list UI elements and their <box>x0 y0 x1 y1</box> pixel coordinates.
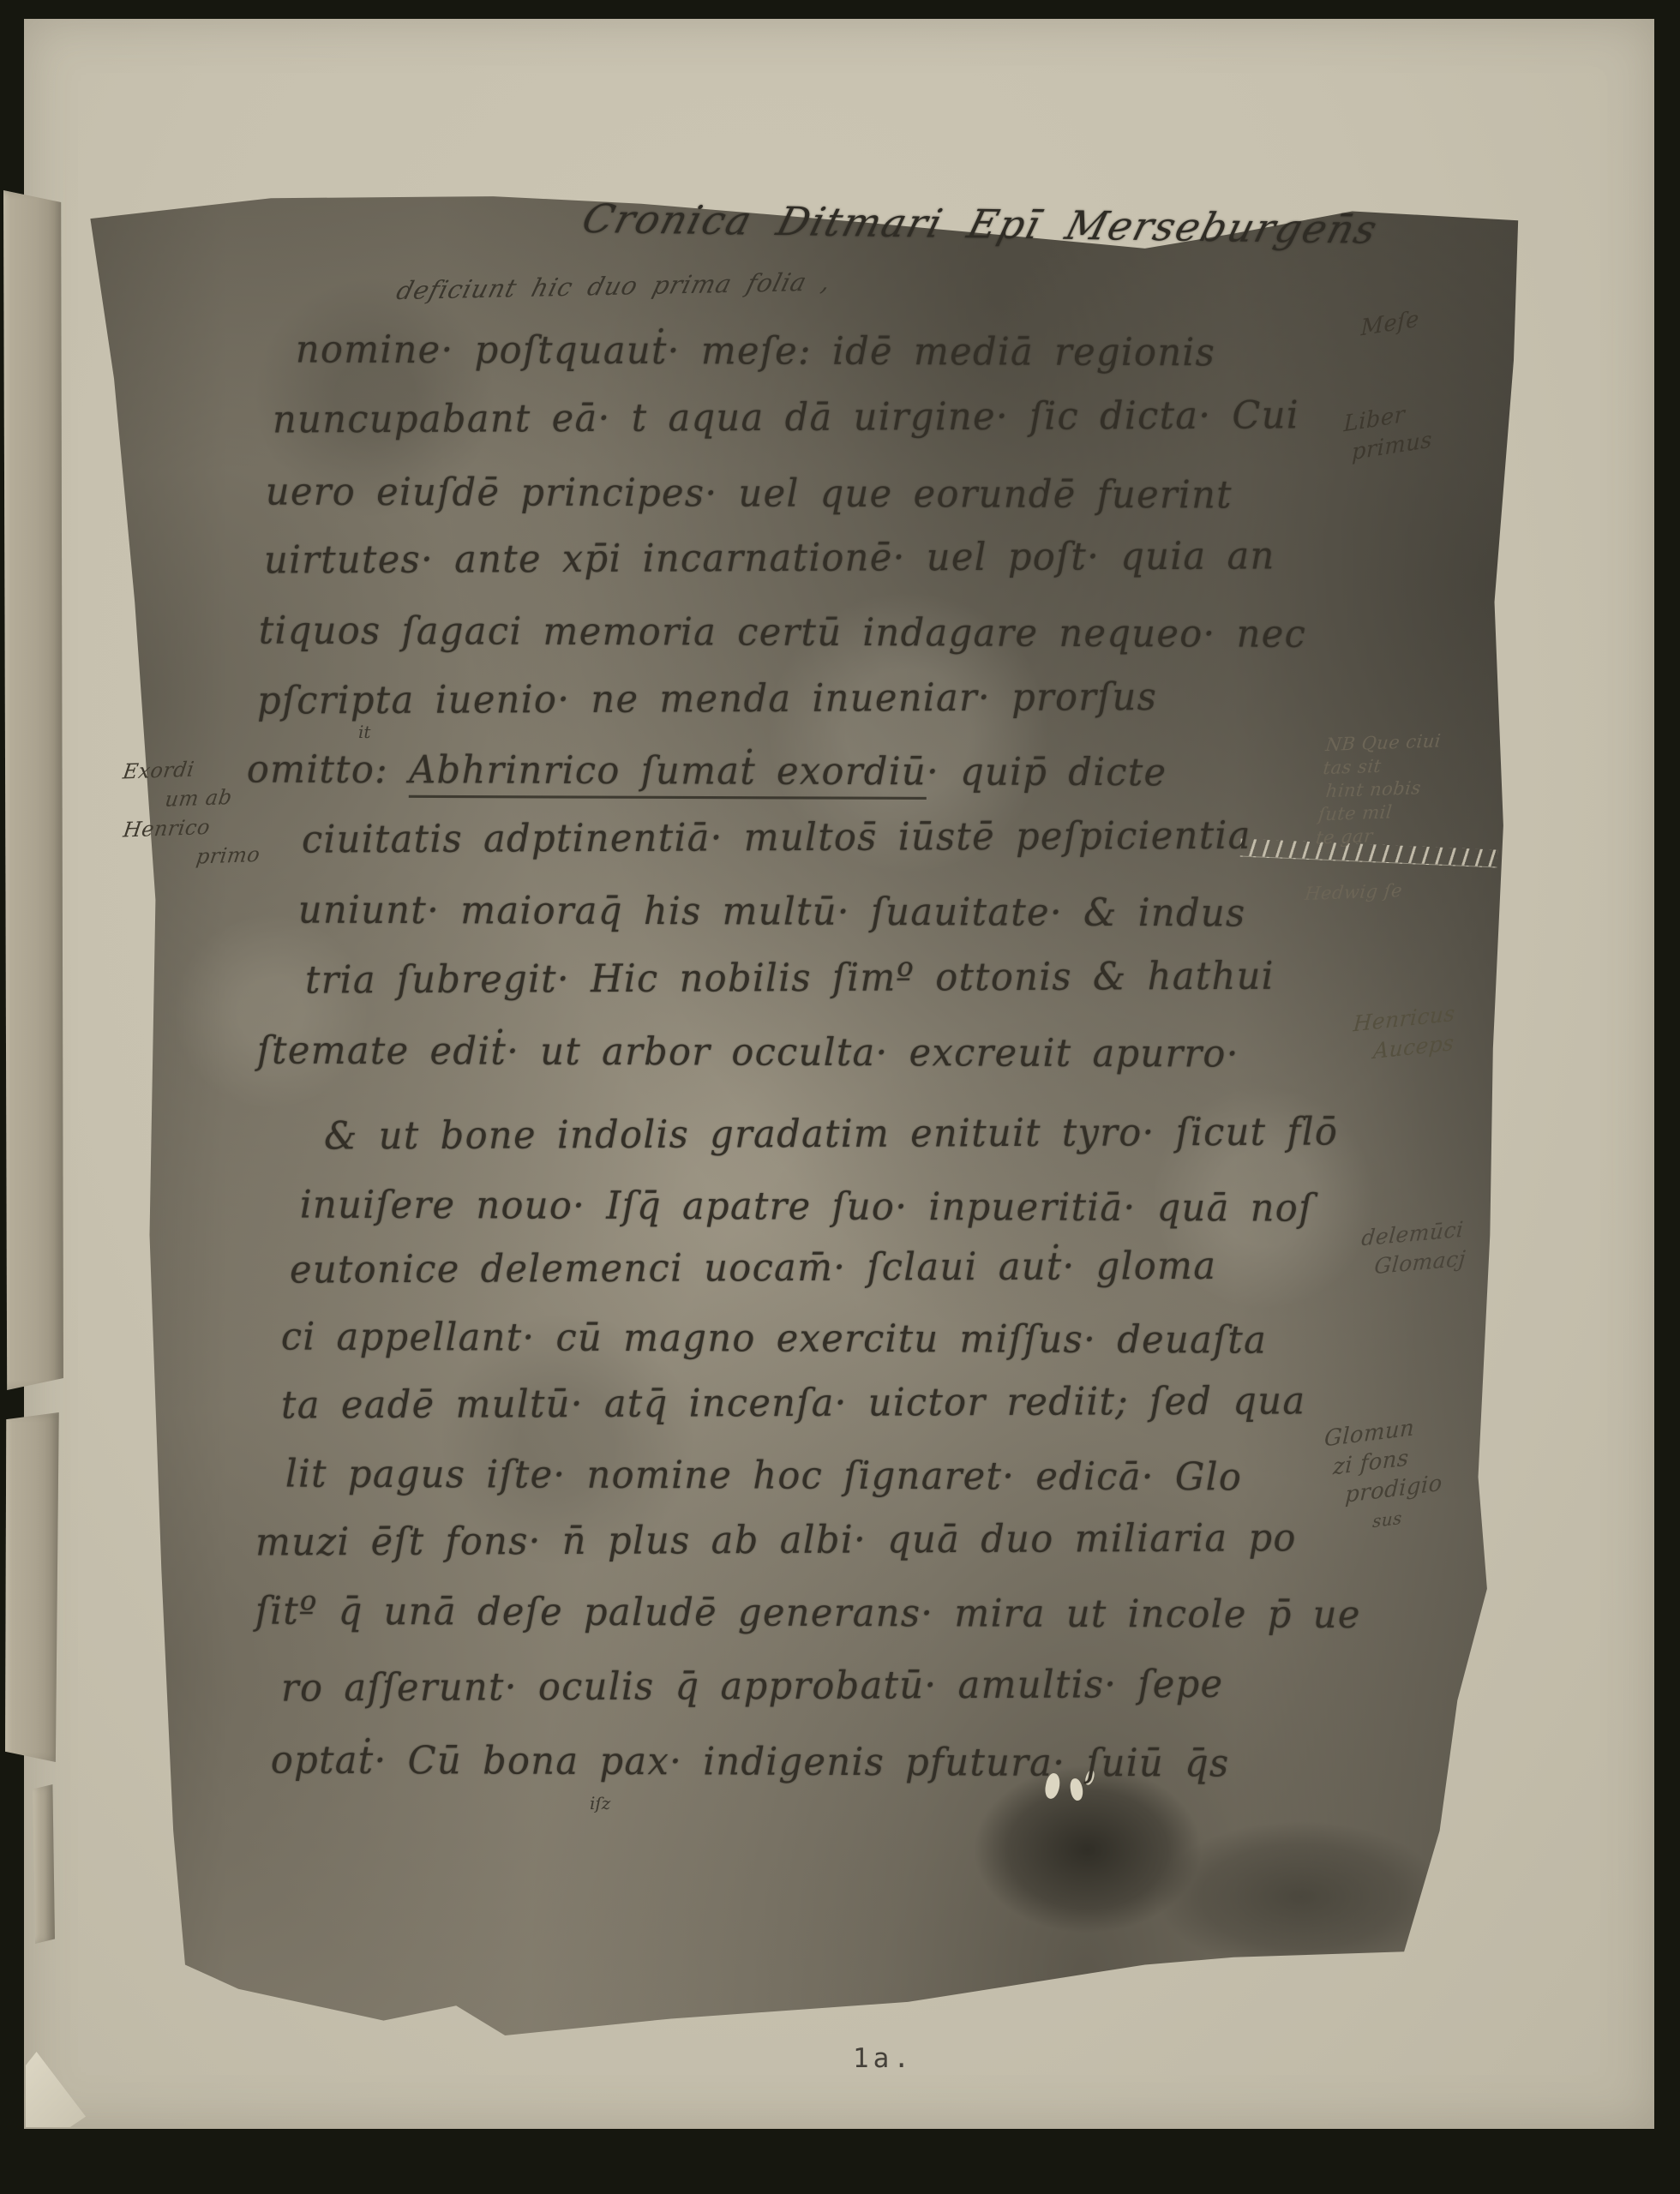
manuscript-line: nuncupabant eā· t aqua dā uirgine· ſic d… <box>273 393 1299 442</box>
margin-note-line: primo <box>195 840 262 872</box>
manuscript-line: inuiſere nouo· Iſq̄ apatre ſuo· inpuerit… <box>300 1183 1314 1231</box>
margin-note-line: te gar <box>1315 823 1432 850</box>
margin-note-delemenci: delemūci Glomacj <box>1358 1214 1469 1283</box>
margin-note-henricus-auceps: Henricus Auceps <box>1350 998 1457 1069</box>
binding-tape-strip <box>3 190 63 1390</box>
manuscript-line: uirtutes· ante xp̄i incarnationē· uel po… <box>264 534 1275 583</box>
line-segment: · quip̄ dicte <box>927 750 1167 795</box>
interlinear-correction: iſz <box>590 1793 610 1813</box>
binding-tape-strip <box>5 1412 60 1762</box>
manuscript-line: & ut bone indolis gradatim enituit tyro·… <box>324 1110 1338 1159</box>
manuscript-line: ſitº q̄ unā deſe paludē generans· mira u… <box>255 1589 1361 1638</box>
binding-tape-fragment <box>33 1784 55 1944</box>
manuscript-line: ciuitatis adptinentiā· multos̄ iūstē peſ… <box>302 813 1251 862</box>
manuscript-line: pſcripta iuenio· ne menda inueniar· pror… <box>257 674 1157 723</box>
margin-note-glomuzi: Glomun zi fons prodigio sus <box>1319 1410 1446 1543</box>
manuscript-line: optaṫ· Cū bona pax· indigenis pfutura· ſ… <box>271 1738 1230 1786</box>
margin-note-line: Hedwig ſe <box>1304 878 1426 906</box>
manuscript-line: lit pagus iſte· nomine hoc ſignaret· edi… <box>285 1452 1242 1500</box>
margin-note-exordium: Exordi um ab Henrico primo <box>93 752 274 874</box>
interlinear-correction: it <box>358 722 370 742</box>
manuscript-line: ſtemate ediṫ· ut arbor occulta· excreuit… <box>257 1028 1239 1076</box>
manuscript-line: ro aſſerunt· oculis q̄ approbatū· amulti… <box>281 1662 1224 1711</box>
manuscript-line: muzi ēſt fons· n̄ plus ab albi· quā duo … <box>255 1516 1297 1565</box>
margin-note-line: NB Que ciui <box>1324 729 1442 757</box>
margin-note-line: um ab <box>163 781 270 813</box>
manuscript-line: uniunt· maioraq̄ his multū· ſuauitate· &… <box>298 888 1246 936</box>
manuscript-line: eutonice delemenci uocam̄· ſclaui auṫ· g… <box>290 1244 1216 1292</box>
photographic-plate: { "header": { "title_line": "Cronica Dit… <box>0 0 1680 2194</box>
plate-number: 1a. <box>853 2043 914 2074</box>
manuscript-line: nomine· poſtquauṫ· meſe: idē mediā regio… <box>296 327 1215 375</box>
manuscript-line: tiquos ſagaci memoria certū indagare neq… <box>259 608 1306 656</box>
card-corner-fold <box>26 2052 86 2127</box>
margin-note-nb: NB Que ciui tas sit hint nobis ſute mil … <box>1309 729 1443 906</box>
manuscript-line: ci appellant· cū magno exercitu miſſus· … <box>281 1315 1267 1363</box>
manuscript-line: uero eiuſdē principes· uel que eorundē f… <box>266 470 1233 518</box>
manuscript-line-underlined: omitto: Abhrinrico ſumaṫ exordiū· quip̄ … <box>247 747 1167 795</box>
manuscript-line: tria ſubregit· Hic nobilis ſimº ottonis … <box>305 954 1275 1003</box>
underlined-segment: Abhrinrico ſumaṫ exordiū <box>409 748 927 800</box>
manuscript-line: ta eadē multū· atq̄ incenſa· uictor redi… <box>281 1379 1306 1428</box>
